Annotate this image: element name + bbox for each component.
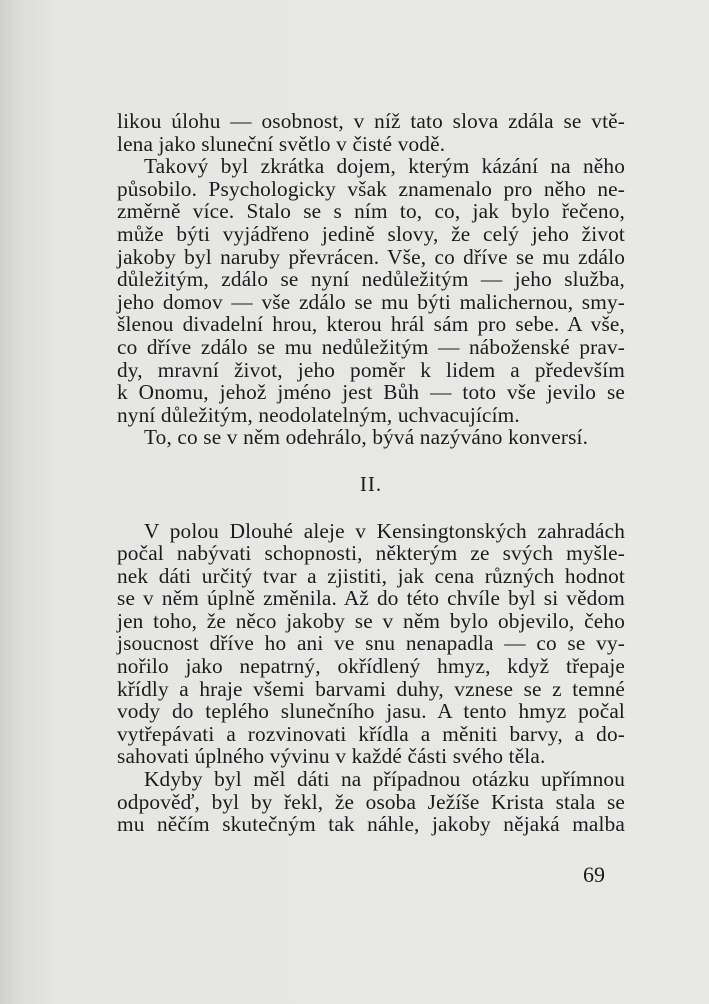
- text-line: odpověď, byl by řekl, že osoba Ježíše Kr…: [117, 791, 625, 814]
- text-line: nořilo jako nepatrný, okřídlený hmyz, kd…: [117, 655, 625, 678]
- paragraph: likou úlohu — osobnost, v níž tato slova…: [117, 110, 625, 155]
- text-line: dy, mravní život, jeho poměr k lidem a p…: [117, 359, 625, 382]
- text-line: jsoucnost dříve ho ani ve snu nenapadla …: [117, 632, 625, 655]
- text-line: může býti vyjádřeno jedině slovy, že cel…: [117, 223, 625, 246]
- text-line: co dříve zdálo se mu nedůležitým — nábož…: [117, 336, 625, 359]
- paragraph: To, co se v něm odehrálo, bývá nazýváno …: [117, 426, 625, 449]
- section-heading: II.: [117, 473, 625, 496]
- text-line: jakoby byl naruby převrácen. Vše, co dří…: [117, 246, 625, 269]
- paragraph: Kdyby byl měl dáti na případnou otázku u…: [117, 768, 625, 836]
- text-line: V polou Dlouhé aleje v Kensingtonských z…: [117, 520, 625, 543]
- text-line: nek dáti určitý tvar a zjistiti, jak cen…: [117, 565, 625, 588]
- paragraph: V polou Dlouhé aleje v Kensingtonských z…: [117, 520, 625, 769]
- page-number: 69: [583, 862, 605, 888]
- text-line: mu něčím skutečným tak náhle, jakoby něj…: [117, 813, 625, 836]
- paragraph: Takový byl zkrátka dojem, kterým kázání …: [117, 155, 625, 426]
- text-line: jeho domov — vše zdálo se mu býti malich…: [117, 291, 625, 314]
- text-line: působilo. Psychologicky však znamenalo p…: [117, 178, 625, 201]
- text-line: šlenou divadelní hrou, kterou hrál sám p…: [117, 313, 625, 336]
- text-line: k Onomu, jehož jméno jest Bůh — toto vše…: [117, 381, 625, 404]
- text-line: Takový byl zkrátka dojem, kterým kázání …: [117, 155, 625, 178]
- text-line: počal nabývati schopnosti, některým ze s…: [117, 542, 625, 565]
- text-line: se v něm úplně změnila. Až do této chvíl…: [117, 587, 625, 610]
- text-line: křídly a hraje všemi barvami duhy, vznes…: [117, 678, 625, 701]
- text-line: jen toho, že něco jakoby se v něm bylo o…: [117, 610, 625, 633]
- text-line: sahovati úplného vývinu v každé části sv…: [117, 745, 625, 768]
- text-line: lena jako sluneční světlo v čisté vodě.: [117, 133, 625, 156]
- text-line: změrně více. Stalo se s ním to, co, jak …: [117, 200, 625, 223]
- text-line: Kdyby byl měl dáti na případnou otázku u…: [117, 768, 625, 791]
- text-line: vytřepávati a rozvinovati křídla a měnit…: [117, 723, 625, 746]
- text-line: To, co se v něm odehrálo, bývá nazýváno …: [117, 426, 625, 449]
- text-line: vody do teplého slunečního jasu. A tento…: [117, 700, 625, 723]
- text-line: likou úlohu — osobnost, v níž tato slova…: [117, 110, 625, 133]
- book-page-text: likou úlohu — osobnost, v níž tato slova…: [117, 110, 625, 836]
- text-line: důležitým, zdálo se nyní nedůležitým — j…: [117, 268, 625, 291]
- text-line: nyní důležitým, neodolatelným, uchvacují…: [117, 404, 625, 427]
